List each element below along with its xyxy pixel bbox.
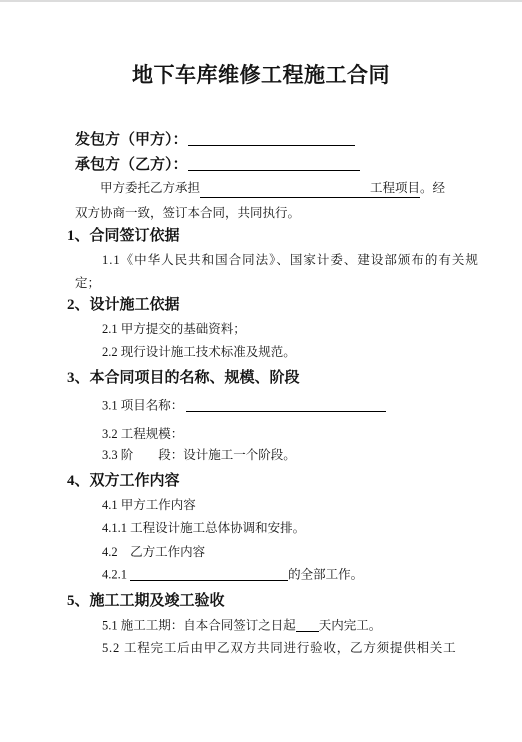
intro-line-2: 双方协商一致，签订本合同，共同执行。 — [0, 204, 522, 222]
contract-document-page: 地下车库维修工程施工合同 发包方（甲方）： 承包方（乙方）： 甲方委托乙方承担工… — [0, 0, 522, 742]
item-3-3: 3.3 阶 段：设计施工一个阶段。 — [0, 446, 522, 464]
party-a-label: 发包方（甲方）： — [75, 132, 188, 148]
item-4-1-1: 4.1.1 工程设计施工总体协调和安排。 — [0, 519, 522, 537]
item-4-2-1-suffix: 的全部工作。 — [288, 568, 363, 582]
project-name-blank: 工程项目 — [200, 181, 420, 198]
intro-tail: 。经 — [420, 181, 445, 195]
item-1-1-line-2: 定； — [0, 274, 522, 292]
item-5-2: 5.2 工程完工后由甲乙双方共同进行验收，乙方须提供相关工 — [0, 639, 522, 657]
item-5-1-pre: 5.1 施工工期：自本合同签订之日起 — [102, 619, 296, 633]
party-b-label: 承包方（乙方）： — [75, 157, 188, 173]
item-4-2-1-blank — [130, 567, 288, 581]
item-3-2: 3.2 工程规模： — [0, 425, 522, 443]
section-3-heading: 3、本合同项目的名称、规模、阶段 — [0, 369, 522, 388]
contract-title: 地下车库维修工程施工合同 — [0, 60, 522, 90]
section-5-heading: 5、施工工期及竣工验收 — [0, 592, 522, 611]
item-3-1-label: 3.1 项目名称： — [102, 399, 183, 413]
party-a-blank — [188, 130, 355, 146]
section-4-heading: 4、双方工作内容 — [0, 472, 522, 491]
item-4-2-1: 4.2.1 的全部工作。 — [0, 565, 522, 584]
item-2-2: 2.2 现行设计施工技术标准及规范。 — [0, 343, 522, 361]
item-4-1: 4.1 甲方工作内容 — [0, 496, 522, 514]
item-5-1-days-blank — [296, 618, 319, 632]
item-4-2-1-number: 4.2.1 — [102, 568, 127, 582]
item-4-2: 4.2 乙方工作内容 — [0, 543, 522, 561]
project-name-blank-space — [200, 191, 370, 192]
party-a-line: 发包方（甲方）： — [0, 128, 522, 150]
page-top-edge — [0, 0, 522, 2]
section-2-heading: 2、设计施工依据 — [0, 296, 522, 315]
item-5-1: 5.1 施工工期：自本合同签订之日起天内完工。 — [0, 616, 522, 635]
intro-text-1: 甲方委托乙方承担 — [100, 181, 200, 195]
item-3-1: 3.1 项目名称： — [0, 396, 522, 415]
item-5-1-post: 天内完工。 — [319, 619, 382, 633]
party-b-blank — [188, 155, 360, 171]
party-b-line: 承包方（乙方）： — [0, 153, 522, 175]
item-1-1-line-1: 1.1《中华人民共和国合同法》、国家计委、建设部颁布的有关规 — [0, 251, 522, 269]
item-3-1-blank — [186, 398, 386, 412]
item-2-1: 2.1 甲方提交的基础资料； — [0, 320, 522, 338]
section-1-heading: 1、合同签订依据 — [0, 227, 522, 246]
intro-underlined-text: 工程项目 — [370, 181, 420, 195]
intro-line-1: 甲方委托乙方承担工程项目。经 — [0, 179, 522, 197]
